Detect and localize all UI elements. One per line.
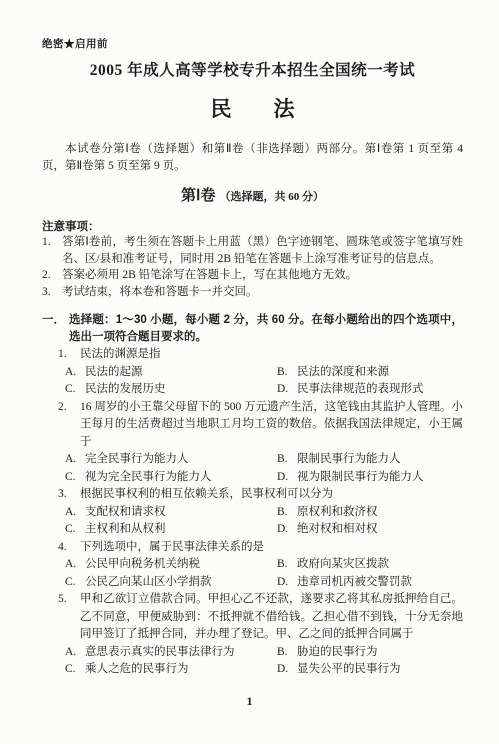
part-number: 一． [42,312,69,346]
section-title: 第Ⅰ卷 [181,188,215,204]
option-text: 限制民事行为能力人 [297,453,401,465]
exam-title: 2005 年成人高等学校专升本招生全国统一考试 [42,58,463,80]
option-text: 原权利和救济权 [297,506,378,518]
option-text: 民法的深度和来源 [297,366,389,378]
question-stem-row: 5. 甲和乙欲订立借款合同。甲担心乙不还款，遂要求乙将其私房抵押给自己。乙不同意… [58,591,463,644]
question-stem-row: 4. 下列选项中，属于民事法律关系的是 [58,539,463,557]
notes-heading: 注意事项： [42,218,463,234]
question-options: A.民法的起源 B.民法的深度和来源 C.民法的发展历史 D.民事法律规范的表现… [65,364,463,399]
option-a: A.意思表示真实的民事法律行为 [65,644,277,662]
page-content: 绝密★启用前 2005 年成人高等学校专升本招生全国统一考试 民 法 本试卷分第… [0,0,499,679]
option-text: 意思表示真实的民事法律行为 [85,646,235,658]
option-label: C. [65,661,82,679]
option-label: C. [65,469,82,487]
intro-paragraph: 本试卷分第Ⅰ卷（选择题）和第Ⅱ卷（非选择题）两部分。第Ⅰ卷第 1 页至第 4 页… [42,141,463,175]
option-label: B. [277,451,294,469]
option-b: B.政府向某灾区拨款 [277,556,463,574]
option-label: D. [277,381,294,399]
option-text: 视为完全民事行为能力人 [85,471,212,483]
option-text: 公民乙向某山区小学捐款 [85,576,212,588]
note-number: 1. [42,234,62,267]
option-d: D.绝对权和相对权 [277,521,463,539]
option-label: C. [65,381,82,399]
option-d: D.视为限制民事行为能力人 [277,469,463,487]
option-d: D.民事法律规范的表现形式 [277,381,463,399]
option-b: B.原权利和救济权 [277,504,463,522]
note-text: 考试结束，将本卷和答题卡一并交回。 [62,284,463,301]
option-text: 民法的起源 [85,366,143,378]
question-number: 4. [58,539,80,557]
option-text: 违章司机丙被交警罚款 [297,576,412,588]
option-label: B. [277,644,294,662]
question-stem-row: 3. 根据民事权利的相互依赖关系，民事权利可以分为 [58,486,463,504]
note-number: 2. [42,267,62,284]
question-stem: 根据民事权利的相互依赖关系，民事权利可以分为 [80,486,463,504]
option-text: 支配权和请求权 [85,506,166,518]
option-d: D.显失公平的民事行为 [277,661,463,679]
option-a: A.支配权和请求权 [65,504,277,522]
option-c: C.公民乙向某山区小学捐款 [65,574,277,592]
question-3: 3. 根据民事权利的相互依赖关系，民事权利可以分为 A.支配权和请求权 B.原权… [42,486,463,539]
option-label: D. [277,574,294,592]
question-2: 2. 16 周岁的小王靠父母留下的 500 万元遗产生活，这笔钱由其监护人管理。… [42,399,463,487]
option-label: A. [65,451,82,469]
page-number: 1 [0,694,499,709]
note-item-3: 3. 考试结束，将本卷和答题卡一并交回。 [42,284,463,301]
option-label: B. [277,556,294,574]
question-options: A.支配权和请求权 B.原权利和救济权 C.主权利和从权利 D.绝对权和相对权 [65,504,463,539]
question-number: 1. [58,346,80,364]
option-text: 视为限制民事行为能力人 [297,471,424,483]
section-heading: 第Ⅰ卷 （选择题，共 60 分） [42,184,463,205]
section-subtitle: （选择题，共 60 分） [219,191,324,203]
option-a: A.公民甲向税务机关纳税 [65,556,277,574]
option-text: 胁迫的民事行为 [297,646,378,658]
note-item-2: 2. 答案必须用 2B 铅笔涂写在答题卡上，写在其他地方无效。 [42,267,463,284]
option-text: 政府向某灾区拨款 [297,558,389,570]
option-c: C.视为完全民事行为能力人 [65,469,277,487]
question-5: 5. 甲和乙欲订立借款合同。甲担心乙不还款，遂要求乙将其私房抵押给自己。乙不同意… [42,591,463,679]
question-stem: 16 周岁的小王靠父母留下的 500 万元遗产生活，这笔钱由其监护人管理。小王每… [80,399,463,452]
exam-paper-page: 绝密★启用前 2005 年成人高等学校专升本招生全国统一考试 民 法 本试卷分第… [0,0,499,744]
option-label: B. [277,504,294,522]
option-label: A. [65,644,82,662]
option-b: B.限制民事行为能力人 [277,451,463,469]
question-stem-row: 2. 16 周岁的小王靠父母留下的 500 万元遗产生活，这笔钱由其监护人管理。… [58,399,463,452]
option-label: A. [65,504,82,522]
question-options: A.意思表示真实的民事法律行为 B.胁迫的民事行为 C.乘人之危的民事行为 D.… [65,644,463,679]
part-instructions: 选择题：1～30 小题，每小题 2 分，共 60 分。在每小题给出的四个选项中，… [69,312,463,346]
option-label: A. [65,364,82,382]
note-item-1: 1. 答第Ⅰ卷前，考生须在答题卡上用蓝（黑）色字迹钢笔、圆珠笔或签字笔填写姓名、… [42,234,463,267]
option-text: 民法的发展历史 [85,383,166,395]
option-text: 显失公平的民事行为 [297,663,401,675]
option-label: D. [277,521,294,539]
option-b: B.胁迫的民事行为 [277,644,463,662]
option-d: D.违章司机丙被交警罚款 [277,574,463,592]
subject-title: 民 法 [42,93,463,123]
question-1: 1. 民法的渊源是指 A.民法的起源 B.民法的深度和来源 C.民法的发展历史 … [42,346,463,399]
note-number: 3. [42,284,62,301]
question-options: A.完全民事行为能力人 B.限制民事行为能力人 C.视为完全民事行为能力人 D.… [65,451,463,486]
option-c: C.乘人之危的民事行为 [65,661,277,679]
option-text: 绝对权和相对权 [297,523,378,535]
option-text: 乘人之危的民事行为 [85,663,189,675]
question-stem: 甲和乙欲订立借款合同。甲担心乙不还款，遂要求乙将其私房抵押给自己。乙不同意，甲便… [80,591,463,644]
option-c: C.民法的发展历史 [65,381,277,399]
part-heading: 一． 选择题：1～30 小题，每小题 2 分，共 60 分。在每小题给出的四个选… [42,312,463,346]
option-c: C.主权利和从权利 [65,521,277,539]
option-text: 主权利和从权利 [85,523,166,535]
option-label: D. [277,661,294,679]
option-label: C. [65,574,82,592]
question-number: 5. [58,591,80,644]
option-label: C. [65,521,82,539]
option-label: A. [65,556,82,574]
option-text: 民事法律规范的表现形式 [297,383,424,395]
option-label: D. [277,469,294,487]
option-b: B.民法的深度和来源 [277,364,463,382]
option-a: A.完全民事行为能力人 [65,451,277,469]
classification-label: 绝密★启用前 [42,36,463,51]
question-stem: 民法的渊源是指 [80,346,463,364]
note-text: 答案必须用 2B 铅笔涂写在答题卡上，写在其他地方无效。 [62,267,463,284]
option-a: A.民法的起源 [65,364,277,382]
question-options: A.公民甲向税务机关纳税 B.政府向某灾区拨款 C.公民乙向某山区小学捐款 D.… [65,556,463,591]
option-text: 完全民事行为能力人 [85,453,189,465]
question-number: 3. [58,486,80,504]
note-text: 答第Ⅰ卷前，考生须在答题卡上用蓝（黑）色字迹钢笔、圆珠笔或签字笔填写姓名、区/县… [62,234,463,267]
option-text: 公民甲向税务机关纳税 [85,558,200,570]
question-stem-row: 1. 民法的渊源是指 [58,346,463,364]
question-stem: 下列选项中，属于民事法律关系的是 [80,539,463,557]
question-4: 4. 下列选项中，属于民事法律关系的是 A.公民甲向税务机关纳税 B.政府向某灾… [42,539,463,592]
option-label: B. [277,364,294,382]
question-number: 2. [58,399,80,452]
